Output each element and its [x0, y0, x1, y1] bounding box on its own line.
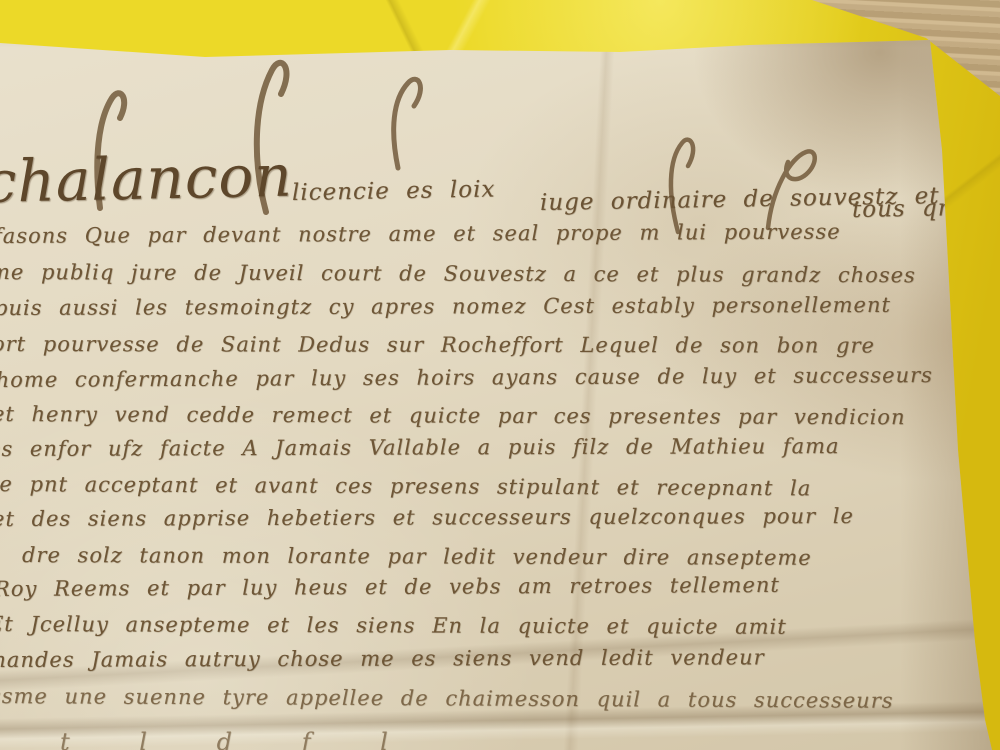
manuscript-line: te pnt acceptant et avant ces presens st…	[0, 472, 811, 500]
manuscript-line: mandes Jamais autruy chose me es siens v…	[0, 645, 765, 672]
manuscript-line: lhome confermanche par luy ses hoirs aya…	[0, 363, 933, 392]
parchment-document: chalancon licencie es loix iuge ordinair…	[0, 0, 1000, 750]
manuscript-line: ort pourvesse de Saint Dedus sur Rocheff…	[0, 332, 875, 358]
manuscript-line: dre solz tanon mon lorante par ledit ven…	[22, 543, 812, 570]
manuscript-line: es enfor ufz faicte A Jamais Vallable a …	[0, 434, 840, 461]
manuscript-line-partial: t l d f l	[60, 728, 389, 750]
manuscript-line: me publiq jure de Juveil court de Souves…	[0, 260, 916, 287]
manuscript-line: ssme une suenne tyre appellee de chaimes…	[0, 684, 894, 713]
manuscript-line: Roy Reems et par luy heus et de vebs am …	[0, 573, 780, 601]
heading-phrase-licencie: licencie es loix	[292, 176, 496, 206]
manuscript-line: puis aussi les tesmoingtz cy apres nomez…	[0, 293, 891, 320]
manuscript-line: fasons Que par devant nostre ame et seal…	[0, 220, 841, 248]
heading-phrase-end: tous qm	[852, 195, 961, 223]
manuscript-line: et henry vend cedde remect et quicte par…	[0, 402, 906, 429]
manuscript-line: Et Jcelluy ansepteme et les siens En la …	[0, 612, 787, 639]
manuscript-line: et des siens apprise hebetiers et succes…	[0, 504, 854, 531]
heading-word: chalancon	[0, 142, 293, 216]
manuscript-photo: chalancon licencie es loix iuge ordinair…	[0, 0, 1000, 750]
